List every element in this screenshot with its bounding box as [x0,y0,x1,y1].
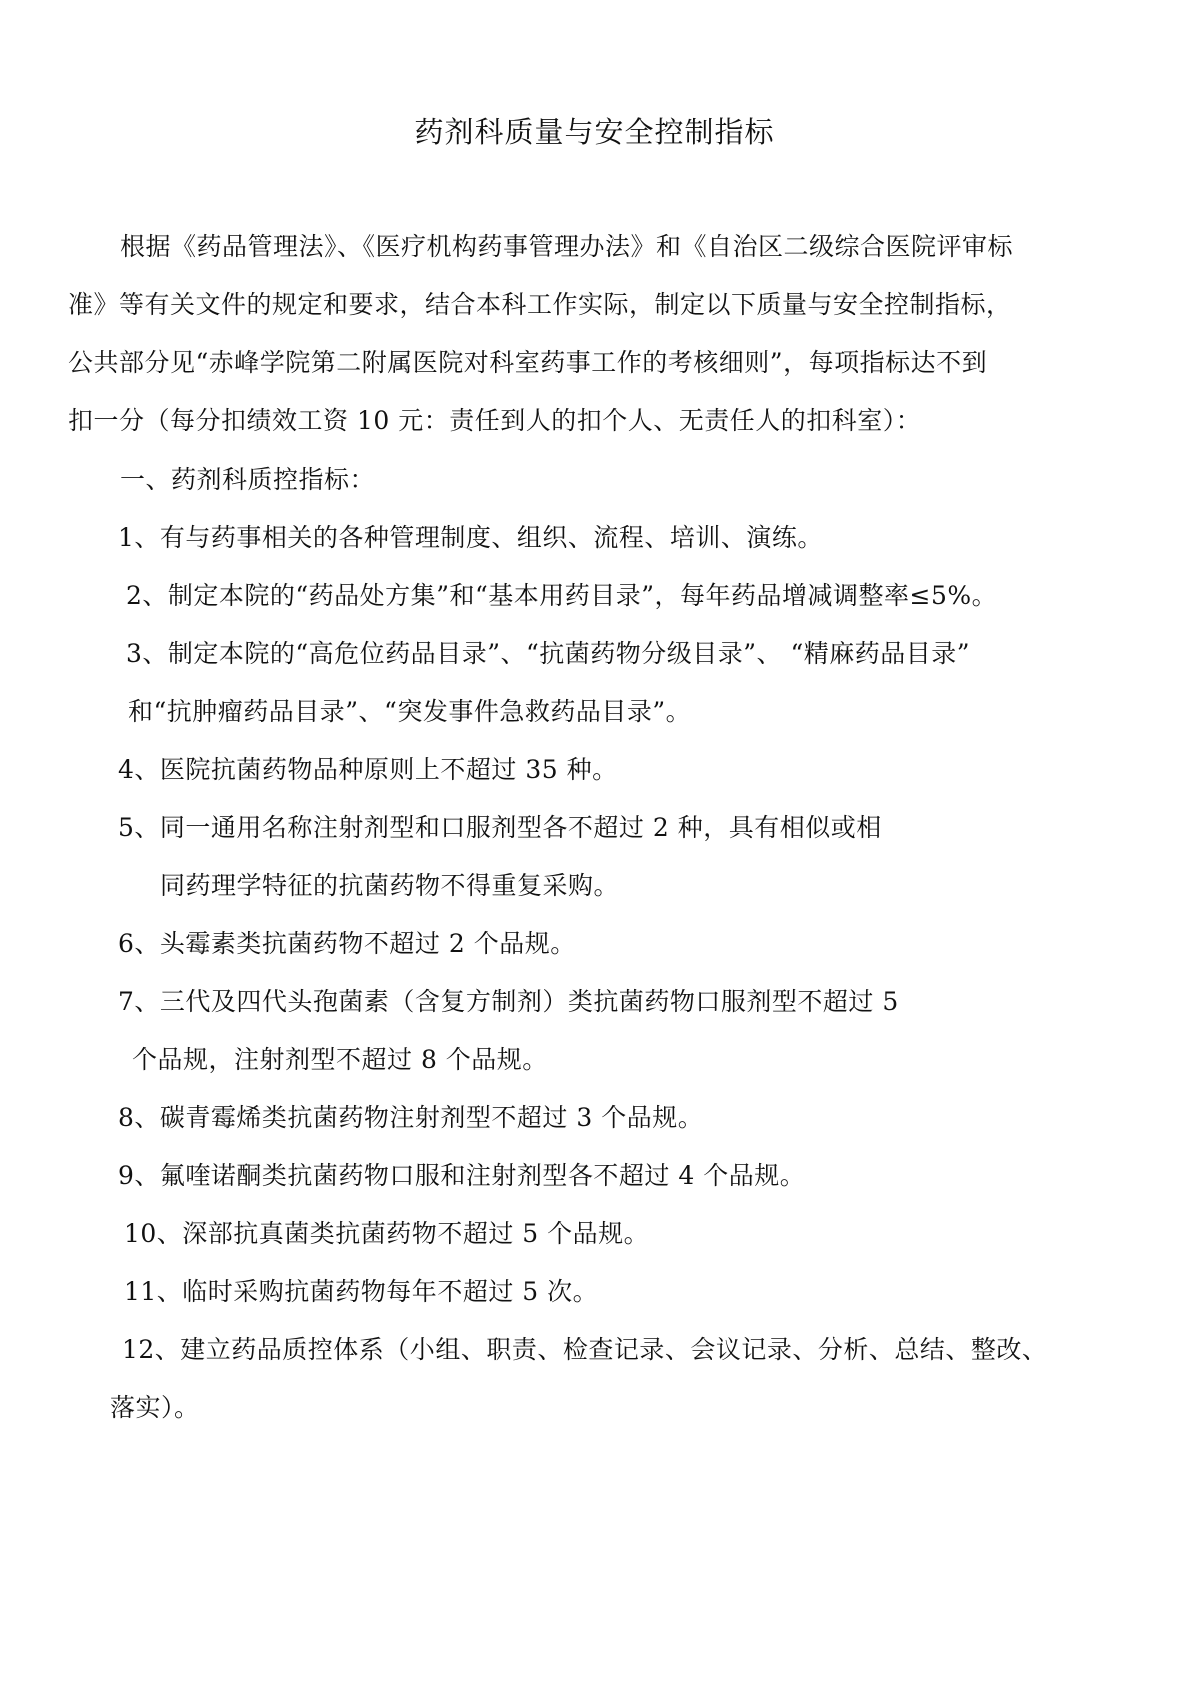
list-item: 12、建立药品质控体系（小组、职责、检查记录、会议记录、分析、总结、整改、 [122,1332,1047,1368]
list-item: 8、碳青霉烯类抗菌药物注射剂型不超过 3 个品规。 [118,1100,703,1136]
list-item: 9、氟喹诺酮类抗菌药物口服和注射剂型各不超过 4 个品规。 [118,1158,805,1194]
list-item: 3、制定本院的“高危位药品目录”、“抗菌药物分级目录”、 “精麻药品目录” [126,636,970,672]
list-item: 5、同一通用名称注射剂型和口服剂型各不超过 2 种，具有相似或相 [118,810,882,846]
intro-line: 公共部分见“赤峰学院第二附属医院对科室药事工作的考核细则”，每项指标达不到 [68,345,987,381]
list-item: 2、制定本院的“药品处方集”和“基本用药目录”，每年药品增减调整率≤5%。 [126,578,997,614]
intro-line: 准》等有关文件的规定和要求，结合本科工作实际，制定以下质量与安全控制指标， [68,287,1012,323]
document-page: 药剂科质量与安全控制指标 根据《药品管理法》、《医疗机构药事管理办法》和《自治区… [0,0,1189,1682]
list-item: 4、医院抗菌药物品种原则上不超过 35 种。 [118,752,618,788]
section-heading: 一、药剂科质控指标： [120,462,375,498]
intro-line: 根据《药品管理法》、《医疗机构药事管理办法》和《自治区二级综合医院评审标 [120,229,1013,265]
list-item: 1、有与药事相关的各种管理制度、组织、流程、培训、演练。 [118,520,823,556]
list-item: 11、临时采购抗菌药物每年不超过 5 次。 [124,1274,598,1310]
intro-line: 扣一分（每分扣绩效工资 10 元：责任到人的扣个人、无责任人的扣科室）： [68,403,921,439]
list-item-continuation: 和“抗肿瘤药品目录”、“突发事件急救药品目录”。 [128,694,691,730]
list-item: 6、头霉素类抗菌药物不超过 2 个品规。 [118,926,576,962]
list-item-continuation: 个品规，注射剂型不超过 8 个品规。 [132,1042,548,1078]
document-title: 药剂科质量与安全控制指标 [0,112,1189,152]
list-item: 7、三代及四代头孢菌素（含复方制剂）类抗菌药物口服剂型不超过 5 [118,984,899,1020]
list-item-continuation: 同药理学特征的抗菌药物不得重复采购。 [160,868,619,904]
list-item: 10、深部抗真菌类抗菌药物不超过 5 个品规。 [124,1216,649,1252]
list-item-continuation: 落实）。 [110,1390,200,1426]
